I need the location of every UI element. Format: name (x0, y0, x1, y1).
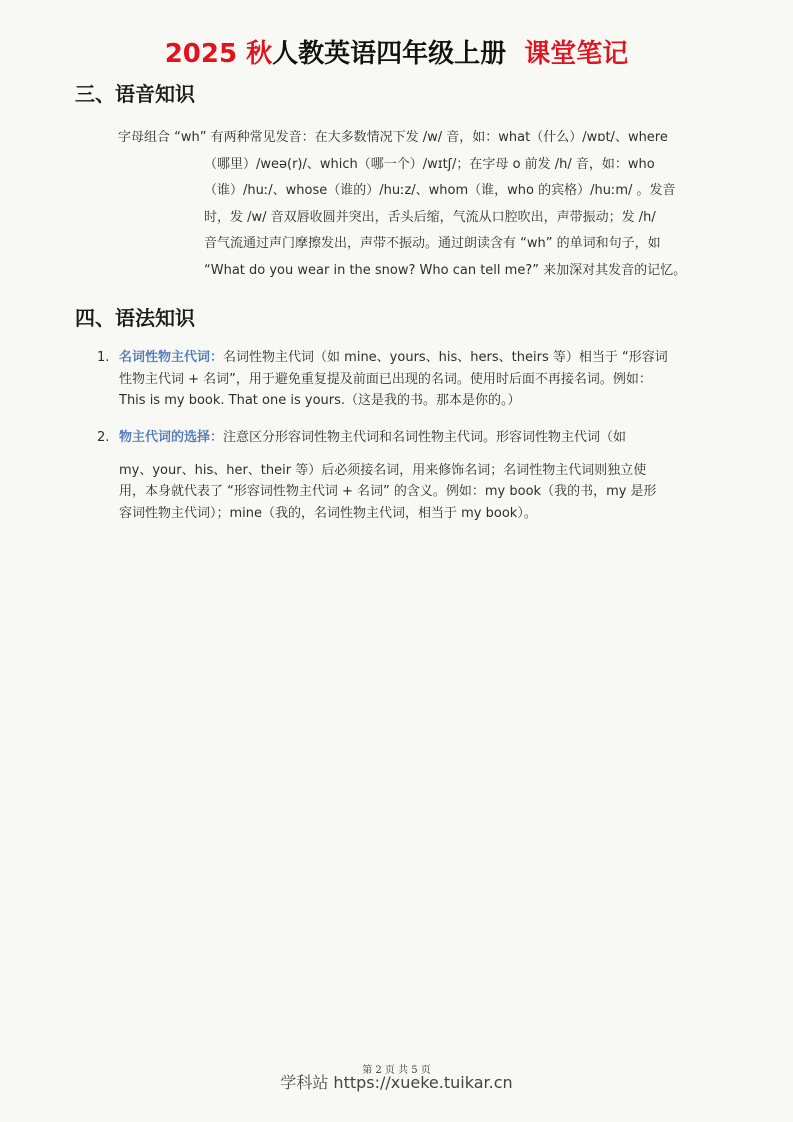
title-year: 2025 秋 (165, 39, 272, 69)
title-subject: 人教英语四年级上册 (272, 39, 506, 69)
section-heading-phonics: 三、语音知识 (75, 78, 195, 107)
item-text: 注意区分形容词性物主代词和名词性物主代词。形容词性物主代词（如 (223, 430, 626, 445)
phonics-line: （哪里）/weə(r)/、which（哪一个）/wɪtʃ/；在字母 o 前发 /… (118, 152, 728, 179)
term-colon: ： (210, 350, 223, 365)
phonics-line: “What do you wear in the snow? Who can t… (118, 258, 728, 285)
item-text: 名词性物主代词（如 mine、yours、his、hers、theirs 等）相… (223, 350, 668, 365)
site-watermark: 学科站 https://xueke.tuikar.cn (0, 1070, 793, 1093)
list-number: 2. (97, 427, 109, 449)
grammar-list-item: 2. 物主代词的选择：注意区分形容词性物主代词和名词性物主代词。形容词性物主代词… (97, 427, 727, 524)
phonics-line: 字母组合 “wh” 有两种常见发音：在大多数情况下发 /w/ 音，如：what（… (118, 125, 728, 152)
document-title: 2025 秋人教英语四年级上册 课堂笔记 (0, 36, 793, 72)
item-text: 性物主代词 + 名词”，用于避免重复提及前面已出现的名词。使用时后面不再接名词。… (119, 372, 652, 387)
item-text: my、your、his、her、their 等）后必须接名词，用来修饰名词；名词… (119, 463, 646, 478)
term-label: 物主代词的选择 (119, 430, 210, 445)
item-text: This is my book. That one is yours.（这是我的… (119, 393, 521, 408)
item-text: 容词性物主代词）；mine（我的，名词性物主代词，相当于 my book）。 (119, 506, 537, 521)
item-text: 用，本身就代表了 “形容词性物主代词 + 名词” 的含义。例如：my book（… (119, 484, 657, 499)
phonics-line: 时，发 /w/ 音双唇收圆并突出，舌头后缩，气流从口腔吹出，声带振动；发 /h/ (118, 205, 728, 232)
phonics-line: 音气流通过声门摩擦发出，声带不振动。通过朗读含有 “wh” 的单词和句子，如 (118, 231, 728, 258)
section-heading-grammar: 四、语法知识 (75, 302, 195, 331)
term-colon: ： (210, 430, 223, 445)
phonics-line: （谁）/huː/、whose（谁的）/huːz/、whom（谁，who 的宾格）… (118, 178, 728, 205)
title-notes: 课堂笔记 (524, 39, 628, 69)
grammar-list-item: 1. 名词性物主代词：名词性物主代词（如 mine、yours、his、hers… (97, 347, 727, 412)
phonics-paragraph: 字母组合 “wh” 有两种常见发音：在大多数情况下发 /w/ 音，如：what（… (118, 125, 728, 284)
term-label: 名词性物主代词 (119, 350, 210, 365)
list-number: 1. (97, 347, 109, 369)
